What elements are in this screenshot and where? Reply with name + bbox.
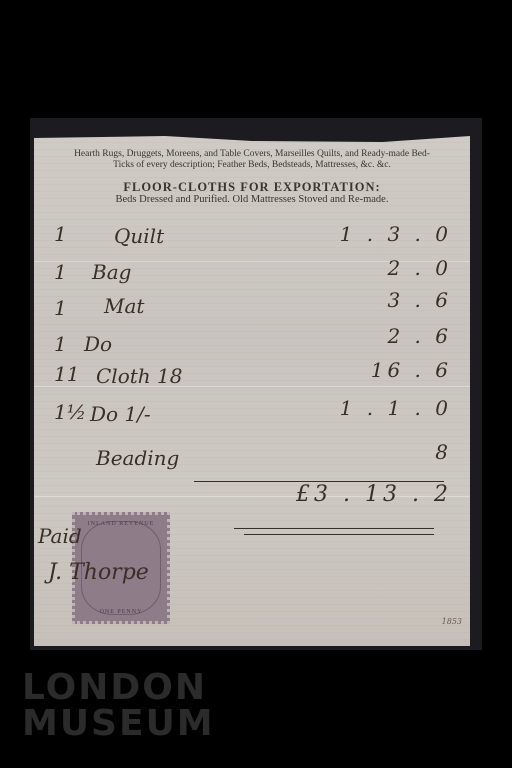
item-amount: 1 . 3 . 0	[340, 222, 452, 246]
item-amount: 8	[435, 440, 452, 464]
item-qty: 1	[54, 332, 67, 356]
item-desc: Quilt	[114, 224, 164, 248]
item-desc: Do	[84, 332, 112, 356]
item-qty: 11	[54, 362, 79, 386]
item-amount: 1 . 1 . 0	[340, 396, 452, 420]
paid-note: Paid	[38, 524, 82, 548]
item-desc: Do 1/-	[90, 402, 151, 426]
signature: J. Thorpe	[48, 560, 149, 585]
stamp-bottom-text: ONE PENNY	[75, 609, 167, 615]
item-amount: 16 . 6	[371, 358, 452, 382]
item-qty: 1	[54, 222, 67, 246]
item-qty: 1	[54, 296, 67, 320]
item-desc: Bag	[92, 260, 131, 284]
item-amount: 2 . 6	[387, 324, 452, 348]
item-qty: 1	[54, 260, 67, 284]
header-subtitle: Beds Dressed and Purified. Old Mattresse…	[34, 194, 470, 205]
corner-mark: 1853	[442, 617, 462, 626]
header-goods-list: Hearth Rugs, Druggets, Moreens, and Tabl…	[34, 149, 470, 171]
item-desc: Cloth 18	[96, 364, 182, 388]
logo-line-1: LONDON	[22, 670, 215, 706]
item-amount: 3 . 6	[387, 288, 452, 312]
total-amount: £3 . 13 . 2	[296, 482, 452, 507]
item-desc: Beading	[96, 446, 179, 470]
item-amount: 2 . 0	[387, 256, 452, 280]
underline	[244, 534, 434, 535]
underline	[234, 528, 434, 529]
london-museum-logo: LONDON MUSEUM	[22, 670, 215, 742]
item-qty: 1½	[54, 400, 86, 424]
stamp-top-text: INLAND REVENUE	[75, 521, 167, 527]
logo-line-2: MUSEUM	[22, 706, 215, 742]
item-desc: Mat	[104, 294, 144, 318]
header-title: FLOOR-CLOTHS FOR EXPORTATION:	[34, 180, 470, 195]
receipt-document: Hearth Rugs, Druggets, Moreens, and Tabl…	[34, 136, 470, 646]
